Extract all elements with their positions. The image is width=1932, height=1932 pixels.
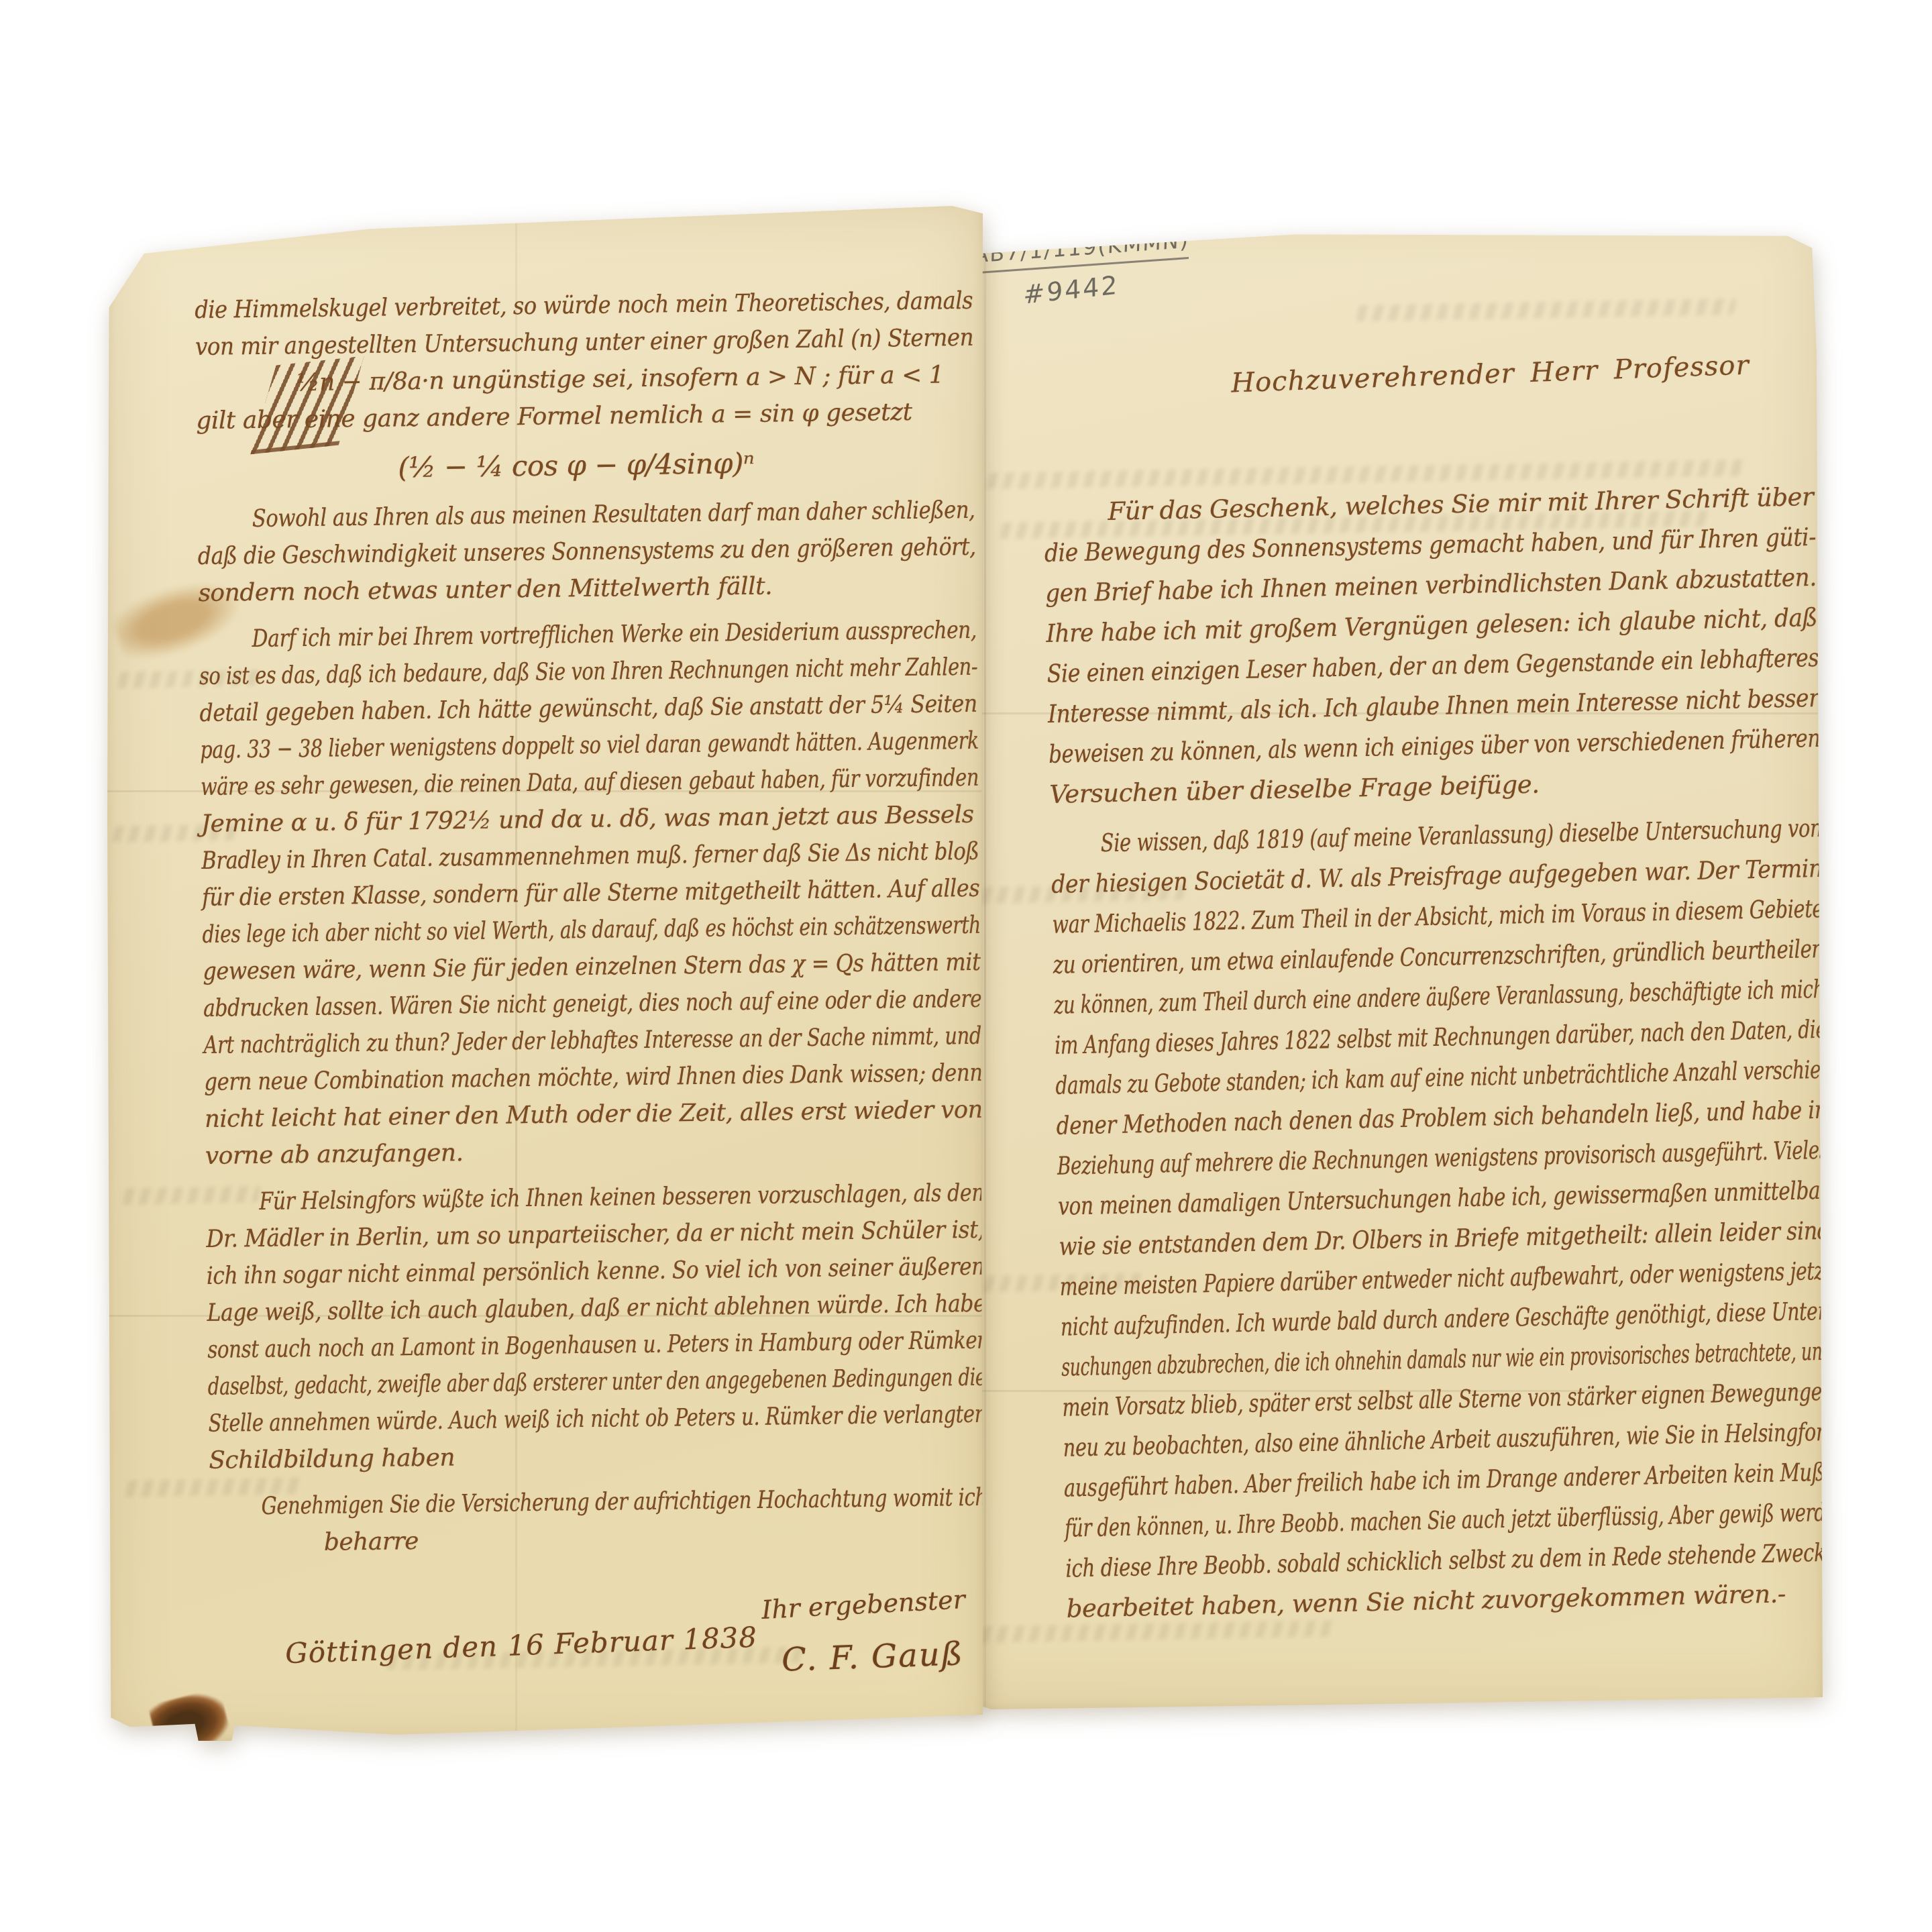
bleedthrough-line (186, 1775, 472, 1796)
archive-number: #9442 (1024, 262, 1192, 310)
fold-crease-vertical (984, 201, 986, 1709)
bleedthrough-line (1356, 299, 1737, 321)
handwriting-line: (½ − ¼ cos φ − φ/4sinφ)ⁿ (197, 439, 975, 492)
left-page-sheet: die Himmelskugel verbreitet, so würde no… (107, 201, 983, 1741)
left-page-paper: die Himmelskugel verbreitet, so würde no… (107, 201, 983, 1741)
valediction-line: Ihr ergebenster (761, 1585, 966, 1625)
archive-annotation: AB7/1/119(KMMN) #9442 (973, 227, 1193, 310)
right-page-paper: AB7/1/119(KMMN) #9442 Hochzuverehrender … (943, 201, 1823, 1709)
letter-photograph: die Himmelskugel verbreitet, so würde no… (0, 0, 1932, 1932)
bleedthrough-line (1021, 1713, 1455, 1737)
right-page-text: Für das Geschenk, welches Sie mir mit Ih… (1043, 477, 1838, 1629)
handwriting-line: wäre es sehr gewesen, die reinen Data, a… (201, 761, 824, 806)
signature-cf-gauss: C. F. Gauß (781, 1635, 965, 1678)
burn-mark (148, 1688, 232, 1756)
handwriting-line: Stelle annehmen würde. Auch weiß ich nic… (208, 1397, 835, 1442)
salutation-line: Hochzuverehrender Herr Professor (1230, 350, 1750, 399)
handwriting-line: Genehmigen Sie die Versicherung der aufr… (209, 1481, 838, 1525)
right-page-sheet: AB7/1/119(KMMN) #9442 Hochzuverehrender … (943, 201, 1823, 1709)
left-page-text: die Himmelskugel verbreitet, so würde no… (195, 282, 988, 1562)
